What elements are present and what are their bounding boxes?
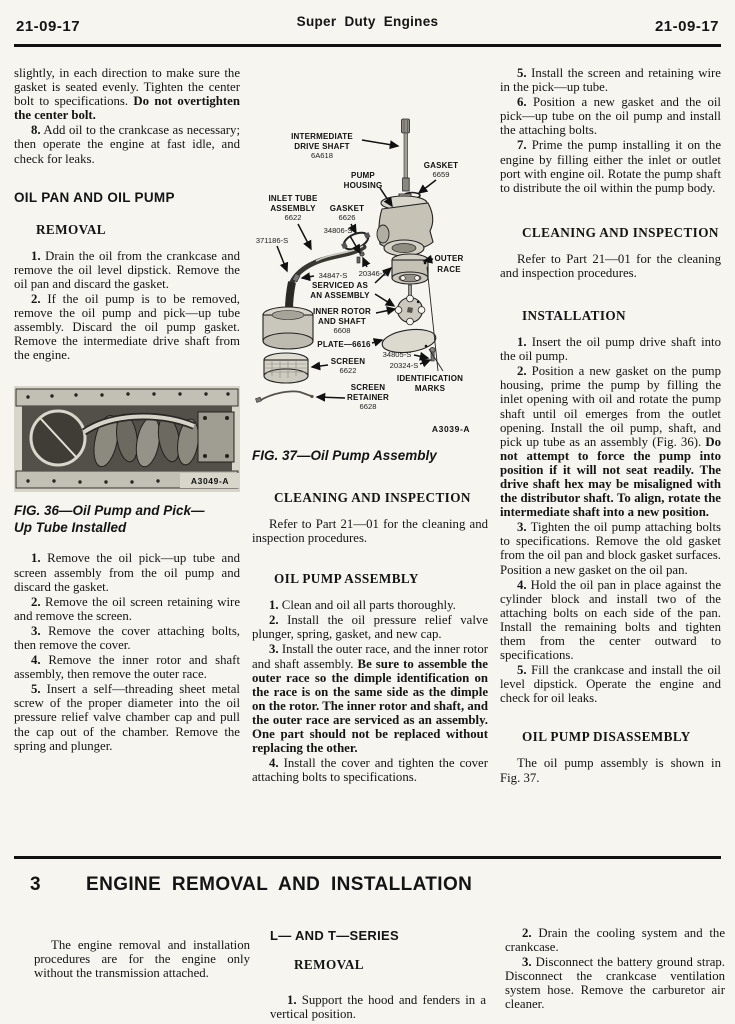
oil-pump-body	[198, 412, 234, 462]
paragraph: 2. Position a new gasket on the pump hou…	[500, 364, 721, 519]
label-gasket-6659: GASKET	[424, 161, 459, 170]
part-number: 371186-S	[256, 236, 288, 245]
label-inner-rotor: AND SHAFT	[318, 317, 366, 326]
paragraph: 8. Add oil to the crankcase as necessary…	[14, 123, 240, 165]
paragraph: 2. Install the oil pressure relief valve…	[252, 613, 488, 641]
column-left: slightly, in each direction to make sure…	[14, 60, 240, 786]
paragraph: 5. Install the screen and retaining wire…	[500, 66, 721, 94]
label-screen: SCREEN	[331, 357, 366, 366]
label-pump-housing: HOUSING	[344, 181, 383, 190]
part-number: 6659	[433, 170, 450, 179]
label-serviced-as-assembly: SERVICED AS	[312, 281, 368, 290]
figure-36-photo: A3049-A	[14, 386, 240, 492]
section-rule	[14, 856, 721, 859]
part-number: 20346-S	[359, 269, 388, 278]
page-number-right: 21-09-17	[655, 18, 719, 35]
paragraph: The oil pump assembly is shown in Fig. 3…	[500, 756, 721, 784]
header-rule	[14, 44, 721, 47]
label-inlet-tube: ASSEMBLY	[270, 204, 316, 213]
part-number: 6622	[285, 213, 302, 222]
paragraph: 3. Remove the cover attaching bolts, the…	[14, 624, 240, 652]
section-number: 3	[30, 874, 41, 896]
part-number: 6626	[339, 213, 356, 222]
identification-lines	[427, 267, 443, 371]
figure-37-code: A3039-A	[432, 424, 470, 434]
label-screen-retainer: RETAINER	[347, 393, 389, 402]
label-identification-marks: MARKS	[415, 384, 446, 393]
screen-retainer-part	[255, 391, 313, 402]
bolt-34806-part	[357, 257, 360, 263]
subheading-removal: REMOVAL	[36, 222, 240, 238]
label-outer-race: RACE	[437, 265, 461, 274]
label-serviced-as-assembly: AN ASSEMBLY	[310, 291, 370, 300]
drive-shaft-part	[402, 119, 410, 191]
subheading-cleaning-inspection: CLEANING AND INSPECTION	[274, 490, 488, 506]
section-heading-oil-pan: OIL PAN AND OIL PUMP	[14, 190, 240, 205]
paragraph: slightly, in each direction to make sure…	[14, 66, 240, 122]
subheading-oil-pump-assembly: OIL PUMP ASSEMBLY	[274, 571, 488, 587]
outer-race-part	[392, 254, 428, 284]
label-identification-marks: IDENTIFICATION	[397, 374, 463, 383]
bottom-column-middle: L— AND T—SERIES REMOVAL 1. Support the h…	[270, 924, 486, 1022]
label-inlet-tube: INLET TUBE	[268, 194, 318, 203]
paragraph: 4. Remove the inner rotor and shaft asse…	[14, 653, 240, 681]
bottom-column-left: The engine removal and installation proc…	[34, 924, 250, 981]
paragraph: 1. Remove the oil pick—up tube and scree…	[14, 551, 240, 593]
paragraph: 1. Insert the oil pump drive shaft into …	[500, 335, 721, 363]
paragraph: The engine removal and installation proc…	[34, 938, 250, 980]
pickup-bell-part	[263, 307, 313, 349]
bottom-column-right: 2. Drain the cooling system and the cran…	[505, 924, 725, 1013]
part-number: 6622	[340, 366, 357, 375]
manual-page: 21-09-17 Super Duty Engines 21-09-17 sli…	[0, 0, 735, 1024]
label-gasket-6626: GASKET	[330, 204, 365, 213]
label-pump-housing: PUMP	[351, 171, 375, 180]
paragraph: Refer to Part 21—01 for the cleaning and…	[500, 252, 721, 280]
label-intermediate-drive-shaft: DRIVE SHAFT	[294, 142, 350, 151]
paragraph: 2. Drain the cooling system and the cran…	[505, 926, 725, 954]
paragraph: Refer to Part 21—01 for the cleaning and…	[252, 517, 488, 545]
label-outer-race: OUTER	[435, 254, 464, 263]
paragraph: 2. If the oil pump is to be removed, rem…	[14, 292, 240, 362]
paragraph: 3. Disconnect the battery ground strap. …	[505, 955, 725, 1011]
paragraph: 1. Clean and oil all parts thoroughly.	[252, 598, 488, 612]
subheading-installation: INSTALLATION	[522, 308, 721, 324]
paragraph: 3. Tighten the oil pump attaching bolts …	[500, 520, 721, 576]
part-number: 6A618	[311, 151, 333, 160]
part-number: 6608	[334, 326, 351, 335]
part-number: 20324-S	[390, 361, 419, 370]
paragraph: 3. Install the outer race, and the inner…	[252, 642, 488, 755]
part-number: 34806-S	[324, 226, 353, 235]
column-right: 5. Install the screen and retaining wire…	[500, 60, 721, 786]
figure-37-caption: FIG. 37—Oil Pump Assembly	[252, 447, 488, 464]
paragraph: 4. Install the cover and tighten the cov…	[252, 756, 488, 784]
subheading-removal: REMOVAL	[294, 957, 486, 973]
paragraph: 1. Support the hood and fenders in a ver…	[270, 993, 486, 1021]
subheading-l-and-t-series: L— AND T—SERIES	[270, 928, 486, 943]
main-columns: slightly, in each direction to make sure…	[14, 60, 721, 786]
paragraph: 6. Position a new gasket and the oil pic…	[500, 95, 721, 137]
figure-37: INTERMEDIATE DRIVE SHAFT 6A618 GASKET 66…	[252, 110, 488, 464]
paragraph: 4. Hold the oil pan in place against the…	[500, 578, 721, 663]
figure-36: A3049-A FIG. 36—Oil Pump and Pick—Up Tub…	[14, 386, 240, 536]
column-middle: INTERMEDIATE DRIVE SHAFT 6A618 GASKET 66…	[252, 60, 488, 786]
figure-36-caption: FIG. 36—Oil Pump and Pick—Up Tube Instal…	[14, 502, 214, 536]
paragraph: 5. Fill the crankcase and install the oi…	[500, 663, 721, 705]
oil-pump-exploded-diagram: INTERMEDIATE DRIVE SHAFT 6A618 GASKET 66…	[252, 110, 488, 442]
paragraph: 7. Prime the pump installing it on the e…	[500, 138, 721, 194]
pump-housing-part	[377, 194, 433, 256]
label-screen-retainer: SCREEN	[351, 383, 386, 392]
section-title: ENGINE REMOVAL AND INSTALLATION	[86, 874, 472, 896]
paragraph: 5. Insert a self—threading sheet metal s…	[14, 682, 240, 752]
subheading-cleaning-inspection: CLEANING AND INSPECTION	[522, 225, 721, 241]
subheading-oil-pump-disassembly: OIL PUMP DISASSEMBLY	[522, 729, 721, 745]
label-plate: PLATE—6616	[317, 340, 371, 349]
part-number: 34805-S	[383, 350, 412, 359]
screen-part	[264, 353, 308, 383]
paragraph: 1. Drain the oil from the crankcase and …	[14, 249, 240, 291]
page-title: Super Duty Engines	[0, 14, 735, 29]
part-number: 34847-S	[319, 271, 348, 280]
figure-36-code: A3049-A	[191, 476, 229, 486]
paragraph: 2. Remove the oil screen retaining wire …	[14, 595, 240, 623]
inner-rotor-part	[395, 285, 425, 325]
label-inner-rotor: INNER ROTOR	[313, 307, 371, 316]
label-intermediate-drive-shaft: INTERMEDIATE	[291, 132, 353, 141]
part-number: 6628	[360, 402, 377, 411]
